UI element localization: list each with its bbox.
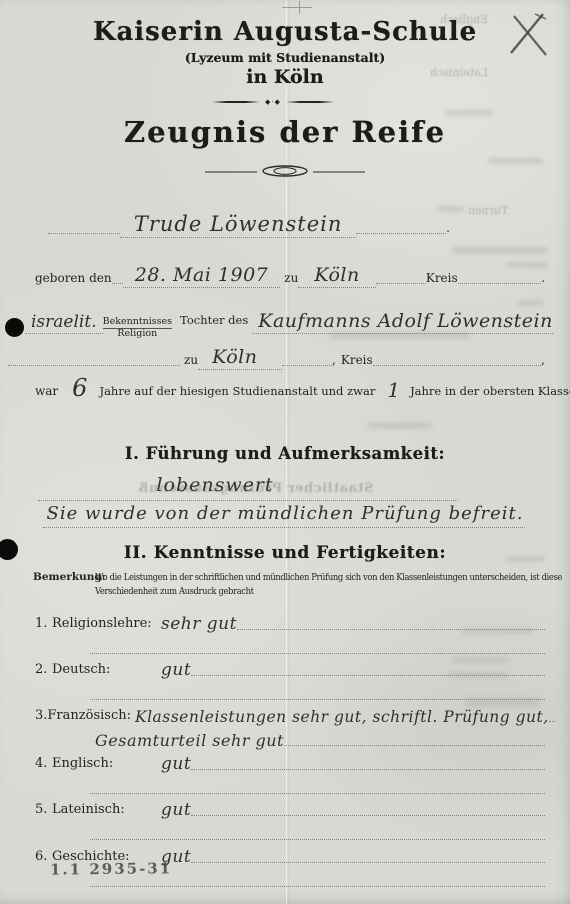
conduct-grade: lobenswert: [40, 474, 390, 496]
subject-number: 3.: [35, 708, 47, 723]
bleedthrough-smudge: [452, 247, 547, 254]
section1-heading: I. Führung und Aufmerksamkeit:: [0, 444, 570, 463]
religion-form-label: Bekenntnisses Religion: [103, 317, 172, 340]
note-line2: Verschiedenheit zum Ausdruck gebracht: [95, 586, 562, 600]
pencil-cross-horizontal: [282, 7, 312, 8]
ruled-line: [38, 500, 458, 501]
section2-heading: II. Kenntnisse und Fertigkeiten:: [0, 543, 570, 563]
note-text: Wo die Leistungen in der schriftlichen u…: [95, 572, 562, 599]
subject-grade: Klassenleistungen sehr gut, schriftl. Pr…: [135, 708, 549, 726]
father-place-line: zu Köln , Kreis ,: [8, 342, 545, 370]
certificate-page: Englisch Lateinisch Turnen Staatlicher P…: [0, 0, 570, 904]
subject-row-lateinisch: 5. Lateinisch: gut: [35, 794, 545, 844]
duration-suffix-label: Jahre in der obersten Klasse.: [410, 384, 570, 398]
duration-line: war 6 Jahre auf der hiesigen Studienanst…: [35, 372, 545, 402]
father-place: Köln: [198, 346, 281, 370]
bleedthrough-smudge: [368, 422, 432, 429]
subject-grade: gut: [161, 754, 191, 774]
student-name: Trude Löwenstein: [120, 212, 357, 238]
subject-row-deutsch: 2. Deutsch: gut: [35, 654, 545, 704]
father-value: Kaufmanns Adolf Löwenstein: [252, 310, 553, 334]
note-line1: Wo die Leistungen in der schriftlichen u…: [95, 572, 562, 586]
subject-name: Französisch:: [47, 708, 131, 723]
kreis-label: Kreis: [426, 271, 458, 285]
subject-number: 2.: [35, 662, 52, 677]
bleedthrough-text: Turnen: [468, 204, 508, 217]
religion-father-line: israelit. Bekenntnisses Religion Tochter…: [25, 300, 457, 334]
subject-row-religionslehre: 1. Religionslehre: sehr gut: [35, 608, 545, 658]
years-total-value: 6: [72, 374, 87, 402]
subject-name: Englisch:: [52, 756, 147, 771]
religion-label-bottom: Religion: [103, 328, 172, 340]
zu-label: zu: [284, 271, 298, 285]
school-name: Kaiserin Augusta-Schule: [0, 17, 570, 47]
print-order-stamp: 1.1 2935-31: [50, 859, 172, 878]
school-city: in Köln: [0, 66, 570, 88]
subject-name: Religionslehre:: [52, 616, 147, 631]
hole-punch-top: [5, 318, 24, 337]
subject-number: 4.: [35, 756, 52, 771]
pencil-cross-vertical: [299, 1, 300, 14]
subject-name: Lateinisch:: [52, 802, 147, 817]
student-name-line: Trude Löwenstein .: [48, 208, 450, 238]
school-subtitle: (Lyzeum mit Studienanstalt): [0, 50, 570, 65]
religion-label-top: Bekenntnisses: [103, 316, 172, 327]
zu-label: zu: [184, 353, 198, 367]
line-end-period: .: [446, 221, 450, 235]
bleedthrough-smudge: [518, 300, 544, 306]
conduct-remark: Sie wurde von der mündlichen Prüfung bef…: [45, 503, 525, 524]
subject-row-englisch: 4. Englisch: gut: [35, 748, 545, 798]
kreis-label: Kreis: [341, 353, 373, 367]
birth-line: geboren den 28. Mai 1907 zu Köln Kreis .: [35, 258, 545, 288]
subject-grade: sehr gut: [161, 614, 237, 634]
born-label: geboren den: [35, 271, 112, 285]
subject-number: 5.: [35, 802, 52, 817]
subject-grade: gut: [161, 660, 191, 680]
subject-name: Deutsch:: [52, 662, 147, 677]
line-end-comma: ,: [541, 353, 545, 367]
subject-row-franzoesisch: 3. Französisch: Klassenleistungen sehr g…: [35, 700, 545, 750]
line-end-period: .: [541, 271, 545, 285]
subject-grade: gut: [161, 800, 191, 820]
birth-date: 28. Mai 1907: [123, 264, 281, 288]
birth-place: Köln: [298, 264, 375, 288]
child-label: Tochter des: [180, 313, 248, 327]
bleedthrough-smudge: [488, 158, 543, 164]
ruled-line: [43, 527, 525, 528]
duration-mid-label: Jahre auf der hiesigen Studienanstalt un…: [99, 384, 375, 398]
ornament-divider-flourish: [205, 164, 365, 178]
ornament-divider-top: ◆·◆: [212, 98, 334, 106]
document-title: Zeugnis der Reife: [0, 115, 570, 149]
subject-number: 1.: [35, 616, 52, 631]
duration-prefix: war: [35, 384, 58, 398]
years-top-value: 1: [387, 378, 400, 402]
comma: ,: [332, 353, 336, 367]
religion-value: israelit.: [25, 312, 103, 334]
